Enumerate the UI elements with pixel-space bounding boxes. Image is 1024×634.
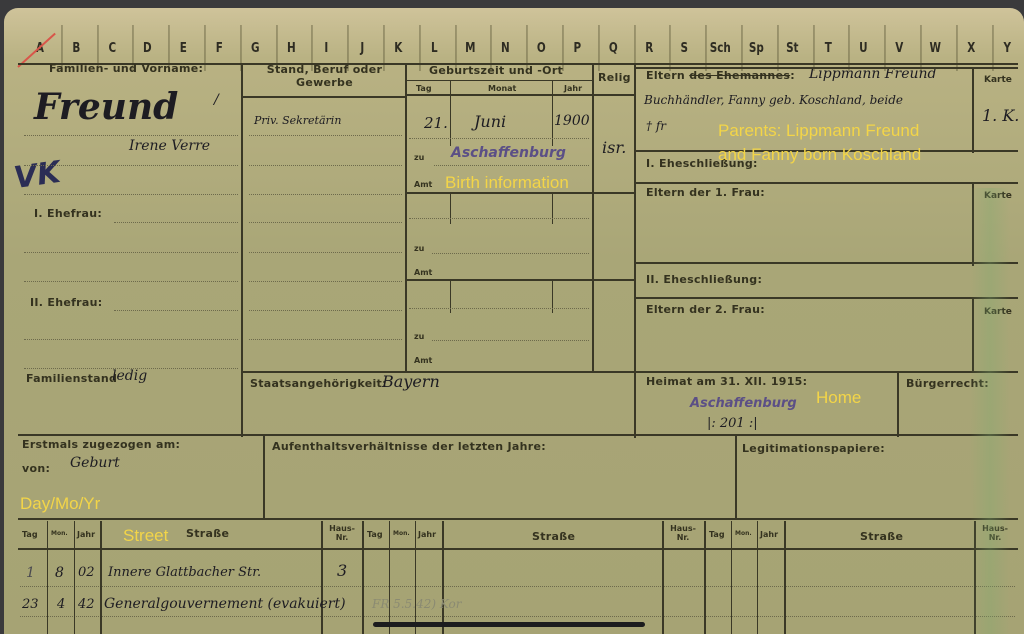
- karte-label: Karte: [984, 75, 1012, 85]
- name-label: Familien- und Vorname:: [49, 62, 203, 75]
- col-month-1: Mon.: [51, 530, 68, 537]
- col-month-3: Mon.: [735, 530, 752, 537]
- occupation-label-line2: Gewerbe: [262, 76, 387, 89]
- annotation-date: Day/Mo/Yr: [20, 494, 100, 514]
- col-month-2: Mon.: [393, 530, 410, 537]
- home-number-value: |: 201 :|: [707, 416, 758, 431]
- col-street-3: Straße: [860, 530, 903, 543]
- divider: [636, 182, 1018, 184]
- divider: [407, 279, 592, 281]
- religion-label: Relig: [598, 71, 631, 84]
- annotation-birth: Birth information: [445, 173, 569, 193]
- birth-label: Geburtszeit und -Ort: [429, 64, 563, 77]
- col-house-2-line1: Haus-: [667, 524, 699, 533]
- col-house-1-line1: Haus-: [326, 524, 358, 533]
- divider: [241, 63, 243, 373]
- occupation-label: Stand, Beruf oder Gewerbe: [262, 63, 387, 89]
- marriage2-label: II. Eheschließung:: [646, 273, 762, 286]
- divider: [407, 80, 592, 81]
- birth-day-header: Tag: [416, 84, 432, 93]
- annotation-street: Street: [123, 526, 168, 546]
- divider: [636, 297, 1018, 299]
- birth-year-value: 1900: [554, 113, 590, 129]
- karte-value: 1. K.: [982, 106, 1019, 125]
- first-moved-label: Erstmals zugezogen am:: [22, 438, 180, 451]
- faint-pencil-note: FR 5.5.42) Kor: [372, 597, 461, 611]
- divider: [594, 192, 634, 194]
- birth-month-header: Monat: [488, 84, 516, 93]
- divider: [552, 81, 553, 146]
- id-papers-label: Legitimationspapiere:: [742, 442, 885, 455]
- surname-value: Freund: [34, 86, 178, 128]
- family-status-value: ledig: [112, 368, 147, 384]
- home-place-stamp: Aschaffenburg: [690, 396, 797, 411]
- home-indicator-bar[interactable]: [373, 622, 645, 627]
- col-day-3: Tag: [709, 530, 725, 539]
- birth-day-value: 21.: [424, 114, 448, 132]
- divider: [636, 262, 1018, 264]
- divider: [552, 194, 553, 224]
- divider: [362, 521, 364, 634]
- parents-wife1-label: Eltern der 1. Frau:: [646, 186, 765, 199]
- divider: [18, 548, 1018, 550]
- divider: [974, 521, 976, 634]
- divider: [972, 68, 974, 153]
- birth2-zu-label: zu: [414, 244, 424, 253]
- col-street-2: Straße: [532, 530, 575, 543]
- vk-stamp: VK: [12, 155, 63, 196]
- parents-label-colon: :: [790, 69, 795, 82]
- annotation-home: Home: [816, 388, 861, 408]
- row1-year: 02: [78, 565, 95, 580]
- divider: [594, 279, 634, 281]
- divider: [405, 63, 407, 373]
- divider: [735, 436, 737, 520]
- col-day-1: Tag: [22, 530, 38, 539]
- given-name-value: Irene Verre: [129, 138, 210, 154]
- col-house-3: Haus-Nr.: [979, 524, 1011, 542]
- divider: [243, 371, 1018, 373]
- divider: [897, 373, 899, 437]
- divider: [407, 94, 592, 96]
- birth3-zu-label: zu: [414, 332, 424, 341]
- row2-month: 4: [57, 597, 65, 612]
- religion-value: isr.: [602, 138, 626, 157]
- divider: [704, 521, 706, 634]
- birth-month-value: Juni: [474, 112, 506, 131]
- divider: [450, 81, 451, 146]
- home-label: Heimat am 31. XII. 1915:: [646, 375, 807, 388]
- col-house-3-line2: Nr.: [979, 533, 1011, 542]
- divider: [442, 521, 444, 634]
- divider: [784, 521, 786, 634]
- row1-month: 8: [55, 565, 64, 581]
- birth2-amt-label: Amt: [414, 268, 432, 277]
- from-value: Geburt: [70, 455, 120, 471]
- residence-label: Aufenthaltsverhältnisse der letzten Jahr…: [272, 440, 546, 453]
- col-house-1: Haus-Nr.: [326, 524, 358, 542]
- divider: [47, 521, 48, 634]
- karte-label-3: Karte: [984, 307, 1012, 317]
- civil-rights-label: Bürgerrecht:: [906, 377, 989, 390]
- parents-deceased-value: † fr: [646, 119, 666, 133]
- divider: [389, 521, 390, 634]
- check-mark: /: [214, 92, 219, 108]
- row1-street: Innere Glattbacher Str.: [108, 565, 261, 580]
- row1-day: 1: [26, 565, 35, 581]
- divider: [662, 521, 664, 634]
- parents-label-struck: des Ehemannes: [689, 69, 790, 82]
- citizenship-value: Bayern: [382, 372, 440, 391]
- col-house-1-line2: Nr.: [326, 533, 358, 542]
- divider: [415, 521, 416, 634]
- col-year-2: Jahr: [418, 530, 436, 539]
- divider: [972, 184, 974, 266]
- parents-detail-value: Buchhändler, Fanny geb. Koschland, beide: [644, 93, 903, 107]
- annotation-parents-2: and Fanny born Koschland: [718, 145, 921, 165]
- first-wife-label: I. Ehefrau:: [34, 207, 102, 220]
- col-year-1: Jahr: [77, 530, 95, 539]
- divider: [594, 94, 634, 96]
- divider: [757, 521, 758, 634]
- birth3-amt-label: Amt: [414, 356, 432, 365]
- family-status-label: Familienstand: [26, 372, 117, 385]
- birth-year-header: Jahr: [564, 84, 582, 93]
- divider: [636, 67, 1018, 69]
- divider: [972, 299, 974, 373]
- birth-amt-label: Amt: [414, 180, 432, 189]
- row1-house: 3: [337, 561, 347, 580]
- divider: [634, 63, 636, 438]
- col-house-2-line2: Nr.: [667, 533, 699, 542]
- col-street-1: Straße: [186, 527, 229, 540]
- registration-card: ABCDEFGHIJKLMNOPQRSSchSpStTUVWXYZ Famili…: [4, 8, 1024, 634]
- col-house-2: Haus-Nr.: [667, 524, 699, 542]
- from-label: von:: [22, 462, 50, 475]
- parents-husband-label: Eltern des Ehemannes:: [646, 69, 795, 82]
- annotation-parents: Parents: Lippmann Freund: [718, 121, 919, 141]
- divider: [18, 518, 1018, 520]
- occupation-value: Priv. Sekretärin: [254, 114, 341, 127]
- col-house-3-line1: Haus-: [979, 524, 1011, 533]
- divider: [18, 434, 1018, 436]
- divider: [241, 371, 243, 437]
- row2-day: 23: [22, 597, 39, 612]
- karte-label-2: Karte: [984, 191, 1012, 201]
- row2-street: Generalgouvernement (evakuiert): [104, 596, 346, 612]
- divider: [74, 521, 75, 634]
- divider: [450, 194, 451, 224]
- row2-year: 42: [78, 597, 95, 612]
- col-year-3: Jahr: [760, 530, 778, 539]
- divider: [592, 63, 594, 373]
- second-wife-label: II. Ehefrau:: [30, 296, 102, 309]
- divider: [263, 436, 265, 520]
- occupation-label-line1: Stand, Beruf oder: [262, 63, 387, 76]
- parents-label-prefix: Eltern: [646, 69, 685, 82]
- divider: [100, 521, 102, 634]
- parents-wife2-label: Eltern der 2. Frau:: [646, 303, 765, 316]
- divider: [731, 521, 732, 634]
- citizenship-label: Staatsangehörigkeit:: [250, 377, 387, 390]
- birth-place-stamp: Aschaffenburg: [451, 145, 566, 161]
- divider: [243, 96, 405, 98]
- col-day-2: Tag: [367, 530, 383, 539]
- birth-zu-label: zu: [414, 153, 424, 162]
- divider: [321, 521, 323, 634]
